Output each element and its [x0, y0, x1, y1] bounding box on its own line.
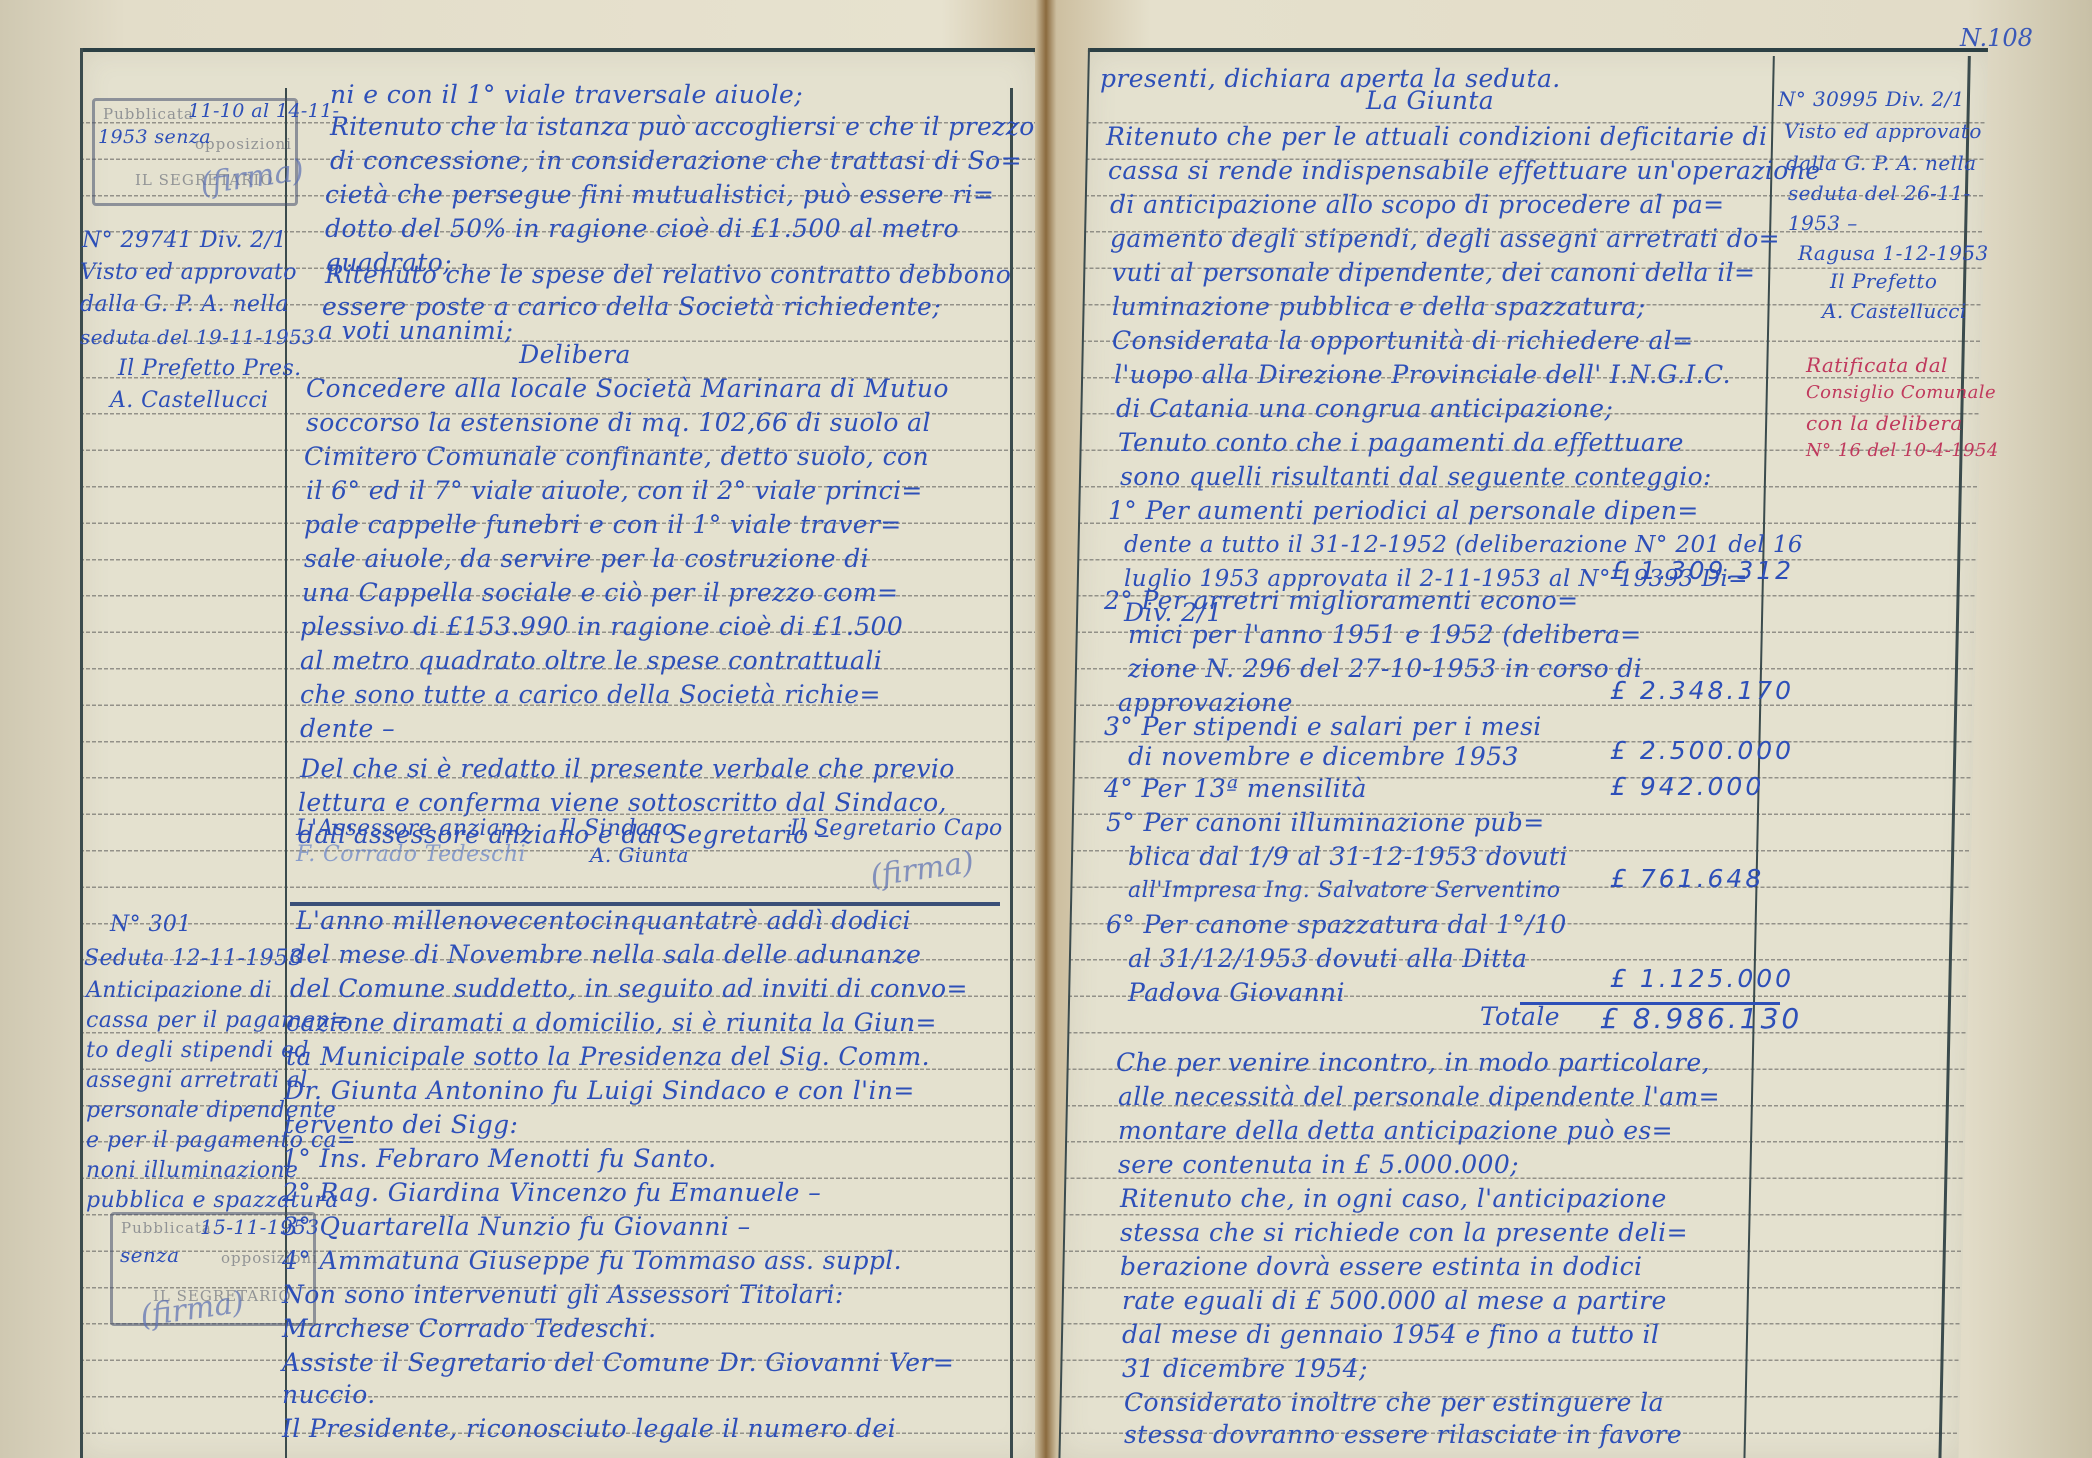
text-line: stessa che si richiede con la presente d… [1120, 1218, 1688, 1248]
session-date: Seduta 12-11-1953 [84, 944, 303, 974]
text-line: L'anno millenovecentocinquantatrè addì d… [296, 906, 911, 936]
approval-line: seduta del 19-11-1953 [80, 322, 315, 352]
text-line: sale aiuole, da servire per la costruzio… [304, 544, 869, 574]
subject-line: Anticipazione di [86, 976, 272, 1006]
text-line: al metro quadrato oltre le spese contrat… [300, 646, 882, 676]
signature-label-segretario: Il Segretario Capo [790, 814, 1003, 844]
attendee-line: 1° Ins. Febraro Menotti fu Santo. [282, 1144, 716, 1174]
stamp-label: Pubblicata [103, 105, 194, 123]
approval-line: Ragusa 1-12-1953 [1798, 238, 1989, 268]
ratification-line: N° 16 del 10-4-1954 [1806, 436, 1999, 466]
entry-number: N° 301 [110, 910, 192, 940]
text-line: Marchese Corrado Tedeschi. [282, 1314, 657, 1344]
text-line: Cimitero Comunale confinante, detto suol… [304, 442, 929, 472]
payment-line: 1° Per aumenti periodici al personale di… [1108, 496, 1699, 526]
text-line: sere contenuta in £ 5.000.000; [1118, 1150, 1519, 1180]
text-line: luminazione pubblica e della spazzatura; [1112, 292, 1646, 322]
payment-amount: £ 761.648 [1610, 864, 1764, 893]
text-line: ni e con il 1° viale traversale aiuole; [330, 80, 803, 110]
ratification-line: con la delibera [1806, 408, 1963, 438]
text-line: dente – [300, 714, 395, 744]
text-line: alle necessità del personale dipendente … [1118, 1082, 1720, 1112]
text-line: l'uopo alla Direzione Provinciale dell' … [1114, 360, 1731, 390]
text-line: nuccio. [282, 1380, 376, 1410]
payment-line: blica dal 1/9 al 31-12-1953 dovuti [1128, 842, 1568, 872]
text-line: Assiste il Segretario del Comune Dr. Gio… [282, 1348, 954, 1378]
text-line: tervento dei Sigg: [284, 1110, 518, 1140]
approval-line: A. Castellucci [1822, 296, 1967, 326]
text-line: Ritenuto che la istanza può accogliersi … [330, 112, 1035, 142]
text-line: rate eguali di £ 500.000 al mese a parti… [1122, 1286, 1667, 1316]
page-number: N.108 [1960, 24, 2033, 52]
approval-line: A. Castellucci [110, 386, 269, 416]
payment-amount: £ 2.348.170 [1610, 676, 1794, 705]
text-line: Che per venire incontro, in modo partico… [1116, 1048, 1710, 1078]
approval-line: dalla G. P. A. nella [80, 290, 289, 320]
text-line: Tenuto conto che i pagamenti da effettua… [1118, 428, 1684, 458]
text-line: di Catania una congrua anticipazione; [1116, 394, 1613, 424]
approval-line: N° 30995 Div. 2/1 [1778, 84, 1965, 114]
text-line: Considerata la opportunità di richiedere… [1112, 326, 1693, 356]
page-frame-top [80, 48, 1035, 58]
payment-line: 6° Per canone spazzatura dal 1°/10 [1106, 910, 1567, 940]
text-line: dal mese di gennaio 1954 e fino a tutto … [1122, 1320, 1659, 1350]
text-line: il 6° ed il 7° viale aiuole, con il 2° v… [306, 476, 923, 506]
payment-amount: £ 1.125.000 [1610, 964, 1794, 993]
approval-line: Il Prefetto Pres. [118, 354, 302, 384]
text-line: gamento degli stipendi, degli assegni ar… [1110, 224, 1780, 254]
approval-line: dalla G. P. A. nella [1786, 148, 1977, 178]
text-line: di concessione, in considerazione che tr… [330, 146, 1022, 176]
payment-amount: £ 1.309.312 [1610, 556, 1794, 585]
text-line: Ritenuto che, in ogni caso, l'anticipazi… [1120, 1184, 1667, 1214]
approval-line: 1953 – [1788, 208, 1858, 238]
text-line: Il Presidente, riconosciuto legale il nu… [282, 1414, 896, 1444]
total-label: Totale [1480, 1002, 1560, 1032]
subject-line: assegni arretrati al [86, 1066, 308, 1096]
ratification-line: Consiglio Comunale [1806, 378, 1996, 408]
payment-amount: £ 2.500.000 [1610, 736, 1794, 765]
delibera-heading: Delibera [500, 340, 650, 370]
text-line: Non sono intervenuti gli Assessori Titol… [282, 1280, 844, 1310]
text-line: Del che si è redatto il presente verbale… [300, 754, 955, 784]
text-line: cazione diramati a domicilio, si è riuni… [286, 1008, 937, 1038]
text-line: dotto del 50% in ragione cioè di £1.500 … [325, 214, 959, 244]
text-line: Ritenuto che per le attuali condizioni d… [1106, 122, 1767, 152]
subject-line: to degli stipendi ed [86, 1036, 309, 1066]
text-line: sono quelli risultanti dal seguente cont… [1120, 462, 1712, 492]
text-line: stessa dovranno essere rilasciate in fav… [1124, 1420, 1682, 1450]
text-line: che sono tutte a carico della Società ri… [300, 680, 881, 710]
payment-line: 4° Per 13ª mensilità [1104, 774, 1367, 804]
subject-line: noni illuminazione [86, 1156, 298, 1186]
stamp-label: Pubblicata [121, 1219, 212, 1237]
payment-line: 5° Per canoni illuminazione pub= [1106, 808, 1545, 838]
payment-line: Padova Giovanni [1128, 978, 1345, 1008]
text-line: del mese di Novembre nella sala delle ad… [290, 940, 921, 970]
text-line: ta Municipale sotto la Presidenza del Si… [286, 1042, 930, 1072]
total-amount: £ 8.986.130 [1600, 1002, 1802, 1035]
payment-line: all'Impresa Ing. Salvatore Serventino [1128, 876, 1560, 906]
payment-line: 3° Per stipendi e salari per i mesi [1104, 712, 1542, 742]
page-border-right [1010, 88, 1013, 1458]
payment-line: di novembre e dicembre 1953 [1128, 742, 1519, 772]
stamp-date-line2: senza [120, 1240, 179, 1270]
text-line: montare della detta anticipazione può es… [1118, 1116, 1673, 1146]
approval-line: Visto ed approvato [80, 258, 297, 288]
approval-line: Il Prefetto [1830, 266, 1937, 296]
payment-line: al 31/12/1953 dovuti alla Ditta [1128, 944, 1527, 974]
payment-line: mici per l'anno 1951 e 1952 (delibera= [1128, 620, 1642, 650]
text-line: di anticipazione allo scopo di procedere… [1110, 190, 1724, 220]
page-frame-top [1088, 48, 1988, 58]
approval-line: N° 29741 Div. 2/1 [82, 226, 287, 256]
payment-line: 2° Per arretri miglioramenti econo= [1104, 586, 1578, 616]
payment-line: zione N. 296 del 27-10-1953 in corso di [1128, 654, 1642, 684]
signature-assessore: F. Corrado Tedeschi [296, 840, 526, 870]
text-line: vuti al personale dipendente, dei canoni… [1112, 258, 1755, 288]
payment-amount: £ 942.000 [1610, 772, 1764, 801]
text-line: cassa si rende indispensabile effettuare… [1108, 156, 1820, 186]
text-line: Concedere alla locale Società Marinara d… [306, 374, 949, 404]
text-line: plessivo di £153.990 in ragione cioè di … [300, 612, 903, 642]
text-line: del Comune suddetto, in seguito ad invit… [290, 974, 968, 1004]
text-line: Ritenuto che le spese del relativo contr… [325, 260, 1011, 290]
approval-line: seduta del 26-11- [1788, 178, 1971, 208]
text-line: pale cappelle funebri e con il 1° viale … [304, 510, 902, 540]
text-line: 31 dicembre 1954; [1122, 1354, 1368, 1384]
attendee-line: 4° Ammatuna Giuseppe fu Tommaso ass. sup… [282, 1246, 902, 1276]
text-line: Dr. Giunta Antonino fu Luigi Sindaco e c… [284, 1076, 915, 1106]
text-line: berazione dovrà essere estinta in dodici [1120, 1252, 1642, 1282]
stamp-date-line2: 1953 senza [98, 122, 211, 152]
text-line: una Cappella sociale e ciò per il prezzo… [302, 578, 898, 608]
attendee-line: 3° Quartarella Nunzio fu Giovanni – [282, 1212, 751, 1242]
text-line: Considerato inoltre che per estinguere l… [1124, 1388, 1664, 1418]
text-line: a voti unanimi; [318, 316, 513, 346]
text-line: cietà che persegue fini mutualistici, pu… [325, 180, 994, 210]
giunta-heading: La Giunta [1340, 86, 1520, 116]
signature-sindaco: A. Giunta [590, 840, 689, 870]
attendee-line: 2° Rag. Giardina Vincenzo fu Emanuele – [282, 1178, 821, 1208]
approval-line: Visto ed approvato [1784, 116, 1982, 146]
ratification-line: Ratificata dal [1806, 350, 1948, 380]
text-line: soccorso la estensione di mq. 102,66 di … [306, 408, 931, 438]
